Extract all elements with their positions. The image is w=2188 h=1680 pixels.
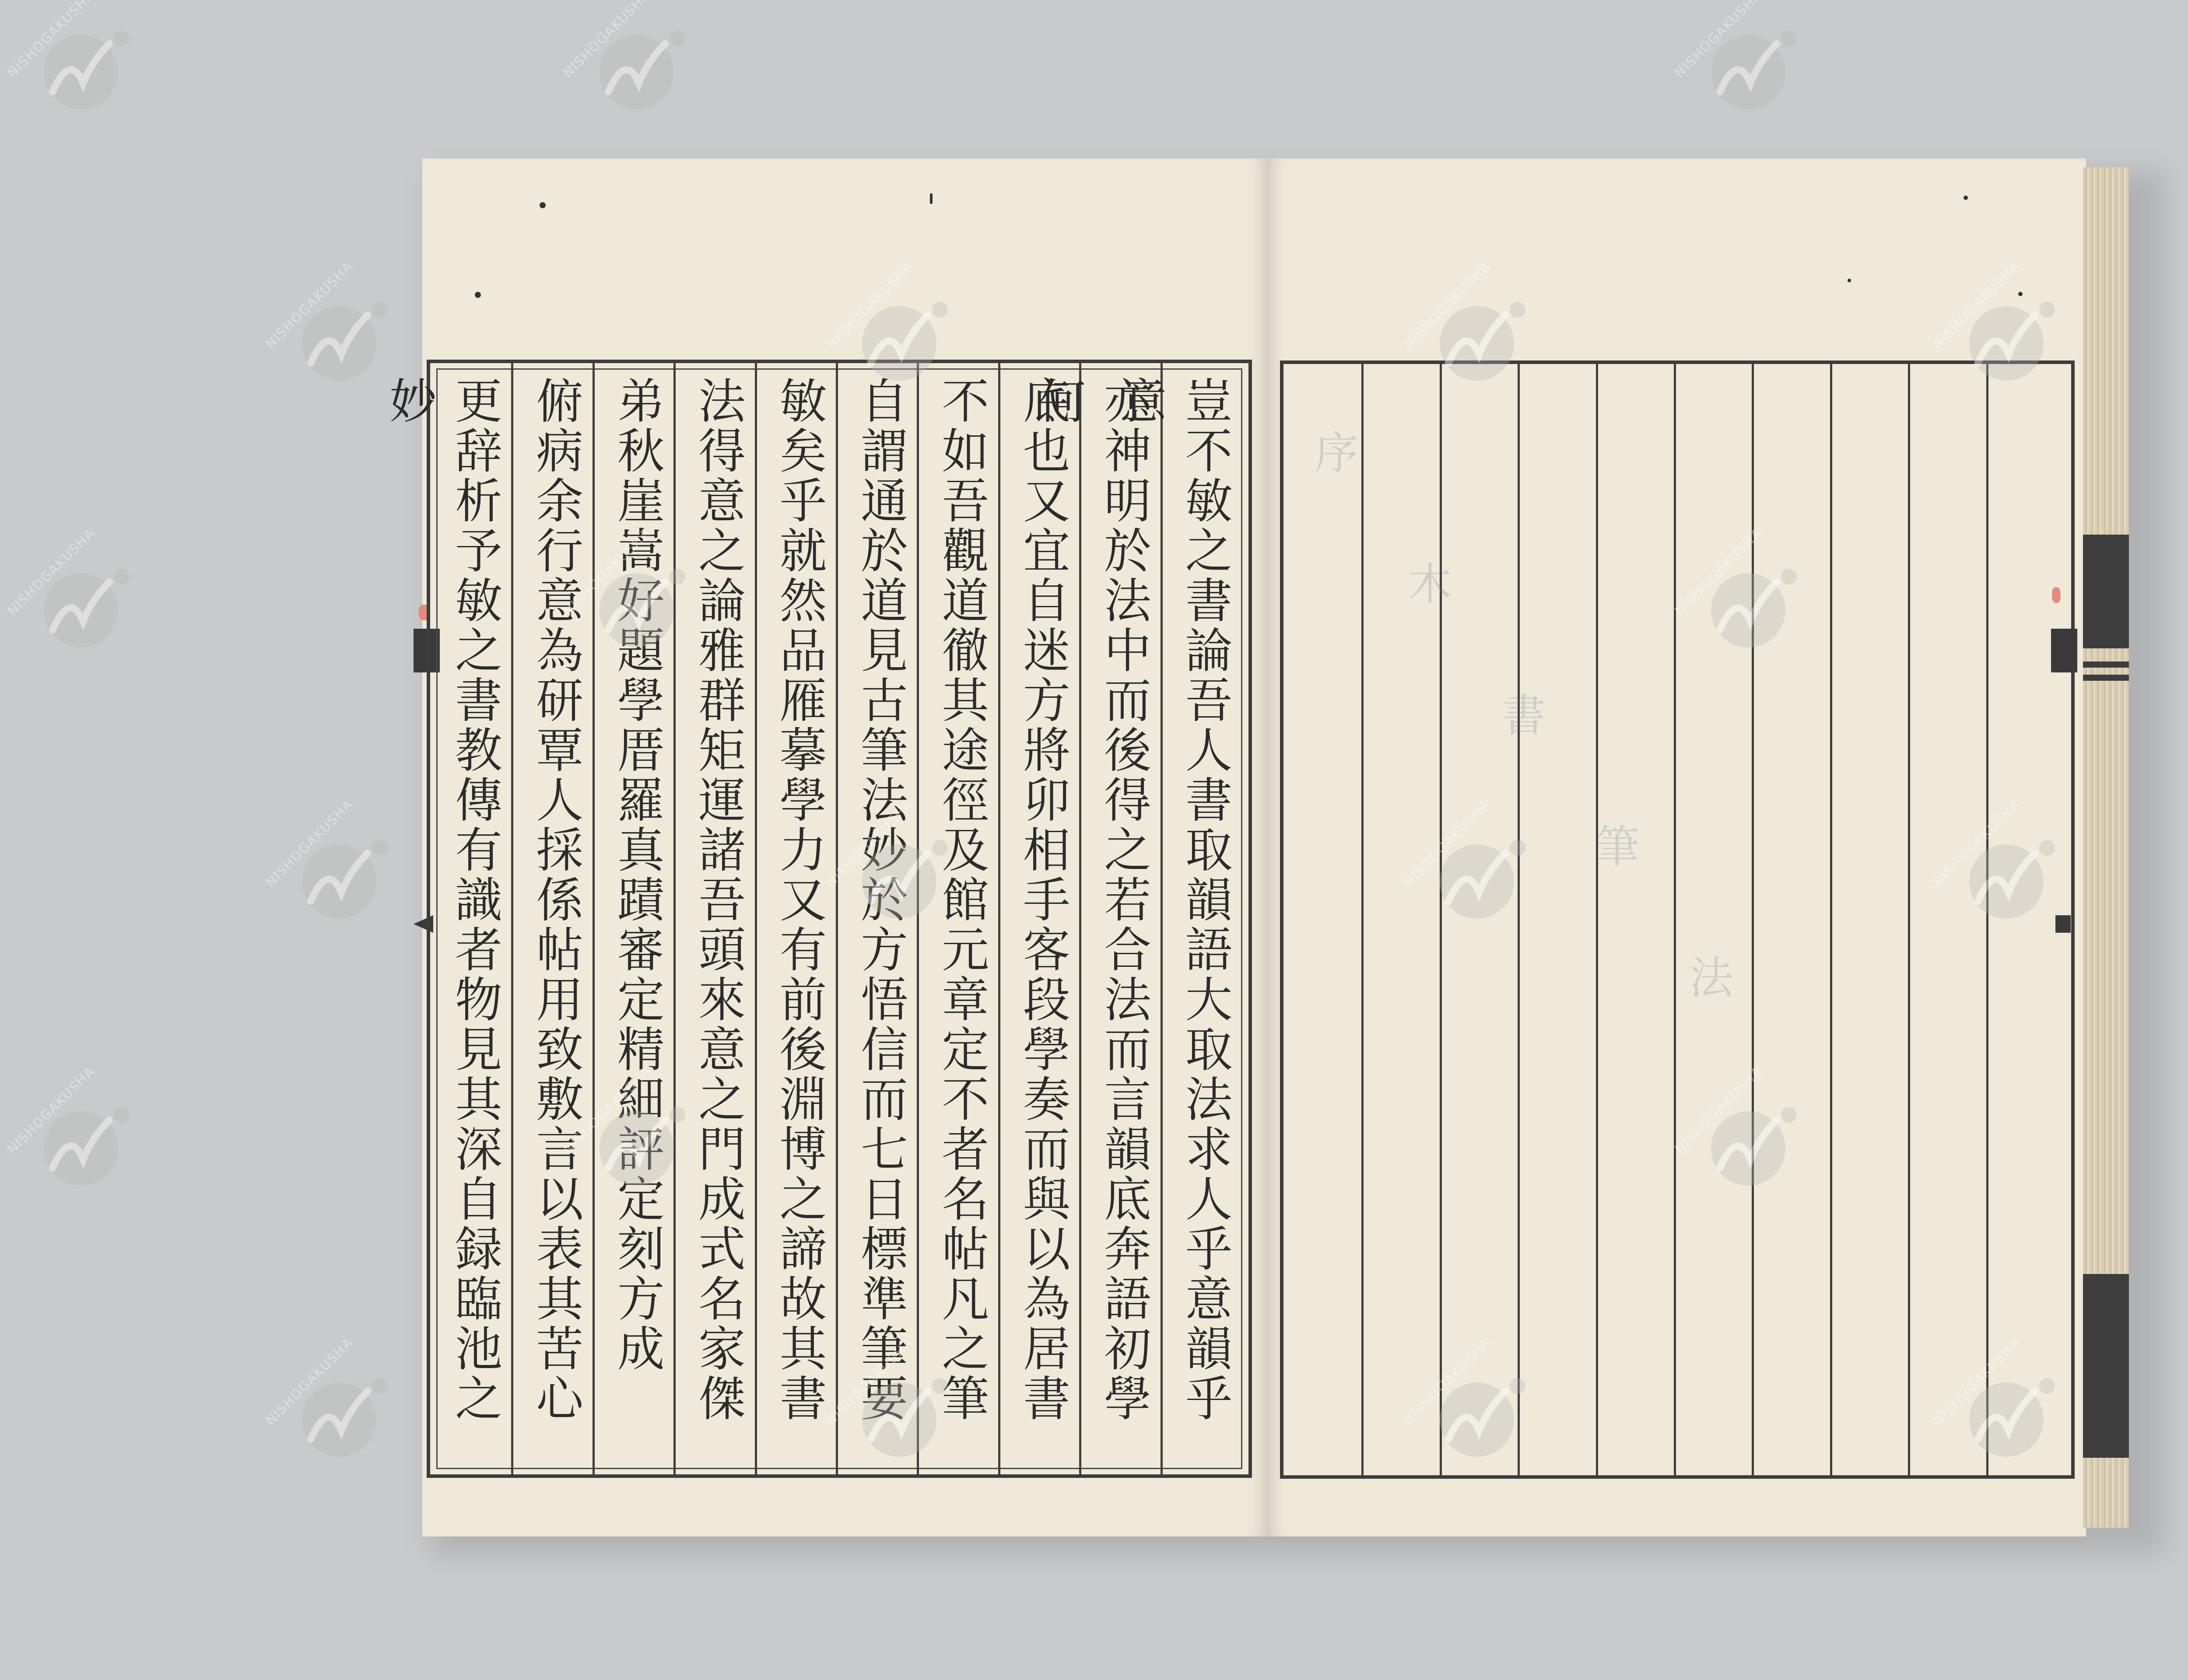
- fore-edge-tab: [2051, 629, 2077, 672]
- column-rule: [1440, 364, 1442, 1475]
- bleed-through-glyph: 法: [1676, 955, 1739, 998]
- text-column: 不如吾觀道徹其途徑及館元章定不者名帖凡之筆: [926, 376, 993, 1461]
- text-frame: 豈不敏之書論吾人書取韻語大取法求人乎意韻乎意亦神明於法中而後得之若合法而言韻底奔…: [427, 360, 1252, 1478]
- column-rule: [1908, 364, 1910, 1475]
- bleed-through-glyph: 木: [1395, 561, 1458, 605]
- right-page: 序木書筆法: [1268, 158, 2086, 1536]
- text-column: 俯病余行意為研覃人採係帖用致敷言以表其苦心: [520, 376, 588, 1461]
- column-rule: [1518, 364, 1520, 1475]
- binding-hole: [2018, 292, 2023, 296]
- column-rule: [755, 363, 757, 1474]
- fore-edge-stripe: [2083, 675, 2129, 681]
- text-column: 法得意之論雅群矩運諸吾頭來意之門成式名家傑: [682, 376, 750, 1461]
- binding-mark: [930, 193, 933, 204]
- column-rule: [1674, 364, 1676, 1475]
- binding-hole: [1848, 279, 1851, 282]
- bleed-through-glyph: 序: [1301, 430, 1364, 473]
- column-rule: [1986, 364, 1988, 1475]
- column-rule: [998, 363, 1000, 1474]
- bleed-through-glyph: 筆: [1582, 823, 1645, 867]
- binding-hole: [475, 292, 481, 298]
- column-rule: [673, 363, 676, 1474]
- column-rule: [1161, 363, 1163, 1474]
- open-book: 豈不敏之書論吾人書取韻語大取法求人乎意韻乎意亦神明於法中而後得之若合法而言韻底奔…: [422, 158, 2151, 1541]
- red-seal-mark: [2052, 587, 2061, 603]
- column-rule: [1830, 364, 1832, 1475]
- bleed-through-glyph: 書: [1488, 692, 1551, 736]
- column-rules: [1283, 364, 2071, 1475]
- text-column: 更辞析予敏之書教傳有識者物見其深自録臨池之妙: [439, 376, 507, 1461]
- text-column: 自謂通於道見古筆法妙於方悟信而七日標準筆要: [845, 376, 912, 1461]
- column-rule: [593, 363, 595, 1474]
- fore-edge-band: [2083, 1274, 2129, 1458]
- text-column: 敏矣乎就然品雁摹學力又有前後淵博之諦故其書: [764, 376, 831, 1461]
- binding-hole: [1964, 196, 1968, 200]
- column-rule: [836, 363, 838, 1474]
- column-rule: [1752, 364, 1754, 1475]
- text-column: 亦神明於法中而後得之若合法而言韻底奔語初學何: [1088, 376, 1156, 1461]
- binding-hole: [540, 202, 546, 208]
- column-rule: [511, 363, 513, 1474]
- column-rule: [917, 363, 919, 1474]
- column-rule: [1596, 364, 1598, 1475]
- ruled-frame: 序木書筆法: [1280, 360, 2075, 1479]
- fore-edge-stripe: [2083, 661, 2129, 668]
- text-column: 弟秋崖嵩好題學厝羅真蹟審定精細評定刻方成: [601, 376, 669, 1461]
- fore-edge-marker: [2055, 915, 2071, 933]
- column-rule: [1361, 364, 1364, 1475]
- column-rule: [1079, 363, 1081, 1474]
- left-page: 豈不敏之書論吾人書取韻語大取法求人乎意韻乎意亦神明於法中而後得之若合法而言韻底奔…: [422, 158, 1268, 1536]
- text-column: 豈不敏之書論吾人書取韻語大取法求人乎意韻乎意: [1169, 376, 1237, 1461]
- fore-edge-stack: [2083, 167, 2129, 1528]
- text-column: 底也又宜自迷方將卯相手客段學奏而與以為居書: [1007, 376, 1075, 1461]
- fore-edge-band: [2083, 535, 2129, 648]
